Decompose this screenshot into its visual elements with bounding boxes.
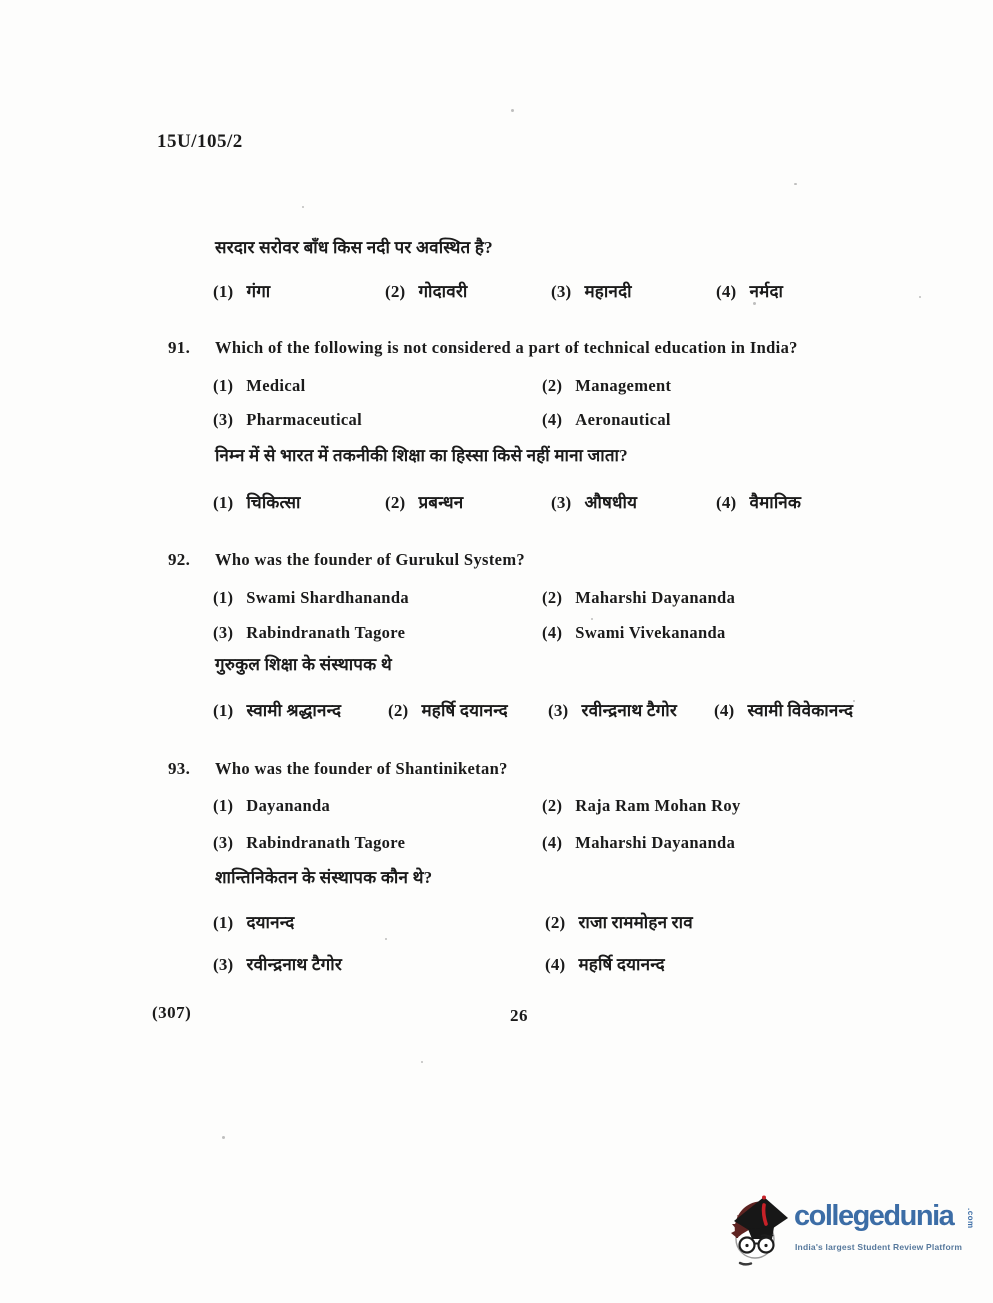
q92-option-3-en: (3)Rabindranath Tagore (213, 623, 405, 643)
option-number: (3) (213, 410, 233, 430)
q93-option-2-hi: (2)राजा राममोहन राव (545, 913, 693, 933)
option-number: (1) (213, 588, 233, 608)
q90-option-3-hi: (3)महानदी (551, 282, 632, 302)
q92-option-2-en: (2)Maharshi Dayananda (542, 588, 735, 608)
q91-option-1-en: (1)Medical (213, 376, 306, 396)
option-number: (1) (213, 493, 233, 513)
option-number: (4) (714, 701, 734, 721)
q93-option-1-hi: (1)दयानन्द (213, 913, 294, 933)
q93-option-2-en: (2)Raja Ram Mohan Roy (542, 796, 741, 816)
question-text-hindi: सरदार सरोवर बाँध किस नदी पर अवस्थित है? (215, 238, 493, 258)
q91-option-1-hi: (1)चिकित्सा (213, 493, 301, 513)
option-number: (3) (213, 955, 233, 975)
q91-option-3-en: (3)Pharmaceutical (213, 410, 362, 430)
option-number: (1) (213, 376, 233, 396)
q90-option-2-hi: (2)गोदावरी (385, 282, 467, 302)
scan-artifact-dot (753, 302, 756, 305)
page-number: 26 (510, 1006, 528, 1026)
scan-artifact-dot (421, 1061, 423, 1063)
option-number: (4) (542, 833, 562, 853)
question-number: 91. (168, 338, 190, 358)
option-number: (2) (385, 493, 405, 513)
question-number: 92. (168, 550, 190, 570)
option-label: Management (575, 376, 671, 395)
option-label: Rabindranath Tagore (246, 623, 405, 642)
option-number: (3) (213, 623, 233, 643)
option-number: (3) (548, 701, 568, 721)
option-label: Aeronautical (575, 410, 671, 429)
option-label: दयानन्द (246, 913, 294, 932)
q91-option-4-hi: (4)वैमानिक (716, 493, 801, 513)
option-number: (4) (542, 623, 562, 643)
option-label: Dayananda (246, 796, 330, 815)
option-label: नर्मदा (749, 282, 783, 301)
option-number: (1) (213, 796, 233, 816)
option-label: औषधीय (584, 493, 637, 512)
booklet-code: (307) (152, 1003, 191, 1023)
option-number: (2) (545, 913, 565, 933)
collegedunia-brand: collegedunia (794, 1202, 953, 1231)
scan-artifact-dot (591, 618, 593, 620)
option-number: (4) (545, 955, 565, 975)
option-number: (2) (542, 588, 562, 608)
option-number: (1) (213, 701, 233, 721)
option-label: Pharmaceutical (246, 410, 362, 429)
q92-option-4-hi: (4)स्वामी विवेकानन्द (714, 701, 853, 721)
q91-option-2-hi: (2)प्रबन्धन (385, 493, 463, 513)
q92-option-3-hi: (3)रवीन्द्रनाथ टैगोर (548, 701, 677, 721)
question-number: 93. (168, 759, 190, 779)
scan-artifact-dot (919, 296, 921, 298)
option-label: राजा राममोहन राव (578, 913, 692, 932)
scan-artifact-dot (794, 183, 797, 185)
option-number: (3) (551, 493, 571, 513)
q93-option-1-en: (1)Dayananda (213, 796, 330, 816)
q93-option-3-hi: (3)रवीन्द्रनाथ टैगोर (213, 955, 342, 975)
option-number: (2) (542, 376, 562, 396)
collegedunia-tagline: India's largest Student Review Platform (795, 1242, 962, 1252)
scan-artifact-dot (625, 917, 627, 919)
option-label: वैमानिक (749, 493, 801, 512)
q91-option-2-en: (2)Management (542, 376, 671, 396)
question-text-english: Who was the founder of Shantiniketan? (215, 759, 508, 779)
option-label: Maharshi Dayananda (575, 588, 735, 607)
scan-artifact-dot (222, 1136, 225, 1139)
option-number: (4) (716, 282, 736, 302)
q91-option-4-en: (4)Aeronautical (542, 410, 671, 430)
option-label: रवीन्द्रनाथ टैगोर (246, 955, 342, 974)
option-number: (2) (385, 282, 405, 302)
question-text-english: Who was the founder of Gurukul System? (215, 550, 525, 570)
option-label: गोदावरी (418, 282, 467, 301)
scan-artifact-dot (385, 938, 387, 940)
option-label: स्वामी श्रद्धानन्द (246, 701, 341, 720)
option-label: Raja Ram Mohan Roy (575, 796, 740, 815)
option-label: Rabindranath Tagore (246, 833, 405, 852)
paper-code: 15U/105/2 (157, 131, 243, 154)
option-label: Swami Shardhananda (246, 588, 409, 607)
option-label: Medical (246, 376, 305, 395)
question-text-hindi: शान्तिनिकेतन के संस्थापक कौन थे? (215, 868, 432, 888)
option-label: Swami Vivekananda (575, 623, 725, 642)
option-number: (3) (213, 833, 233, 853)
question-text-hindi: गुरुकुल शिक्षा के संस्थापक थे (215, 655, 392, 675)
q93-option-4-en: (4)Maharshi Dayananda (542, 833, 735, 853)
option-label: महर्षि दयानन्द (421, 701, 507, 720)
collegedunia-logo: collegedunia .com India's largest Studen… (728, 1188, 990, 1274)
option-label: स्वामी विवेकानन्द (747, 701, 853, 720)
scanned-question-paper-page: 15U/105/2 सरदार सरोवर बाँध किस नदी पर अव… (0, 0, 993, 1303)
scan-artifact-dot (511, 109, 514, 112)
q90-option-1-hi: (1)गंगा (213, 282, 270, 302)
q93-option-4-hi: (4)महर्षि दयानन्द (545, 955, 665, 975)
q93-option-3-en: (3)Rabindranath Tagore (213, 833, 405, 853)
q91-option-3-hi: (3)औषधीय (551, 493, 637, 513)
q92-option-1-en: (1)Swami Shardhananda (213, 588, 409, 608)
option-label: रवीन्द्रनाथ टैगोर (581, 701, 677, 720)
scan-artifact-dot (302, 206, 304, 208)
q90-option-4-hi: (4)नर्मदा (716, 282, 783, 302)
option-number: (4) (716, 493, 736, 513)
option-label: Maharshi Dayananda (575, 833, 735, 852)
option-label: चिकित्सा (246, 493, 300, 512)
q92-option-4-en: (4)Swami Vivekananda (542, 623, 726, 643)
option-number: (1) (213, 913, 233, 933)
option-label: महर्षि दयानन्द (578, 955, 664, 974)
option-label: गंगा (246, 282, 270, 301)
option-number: (2) (388, 701, 408, 721)
option-label: महानदी (584, 282, 631, 301)
collegedunia-tld: .com (966, 1208, 975, 1229)
question-text-english: Which of the following is not considered… (215, 338, 798, 358)
collegedunia-mascot-icon (728, 1194, 792, 1266)
q92-option-2-hi: (2)महर्षि दयानन्द (388, 701, 508, 721)
option-number: (3) (551, 282, 571, 302)
option-label: प्रबन्धन (418, 493, 463, 512)
q92-option-1-hi: (1)स्वामी श्रद्धानन्द (213, 701, 341, 721)
scan-artifact-dot (853, 700, 855, 702)
option-number: (4) (542, 410, 562, 430)
option-number: (2) (542, 796, 562, 816)
question-text-hindi: निम्न में से भारत में तकनीकी शिक्षा का ह… (215, 446, 628, 466)
option-number: (1) (213, 282, 233, 302)
